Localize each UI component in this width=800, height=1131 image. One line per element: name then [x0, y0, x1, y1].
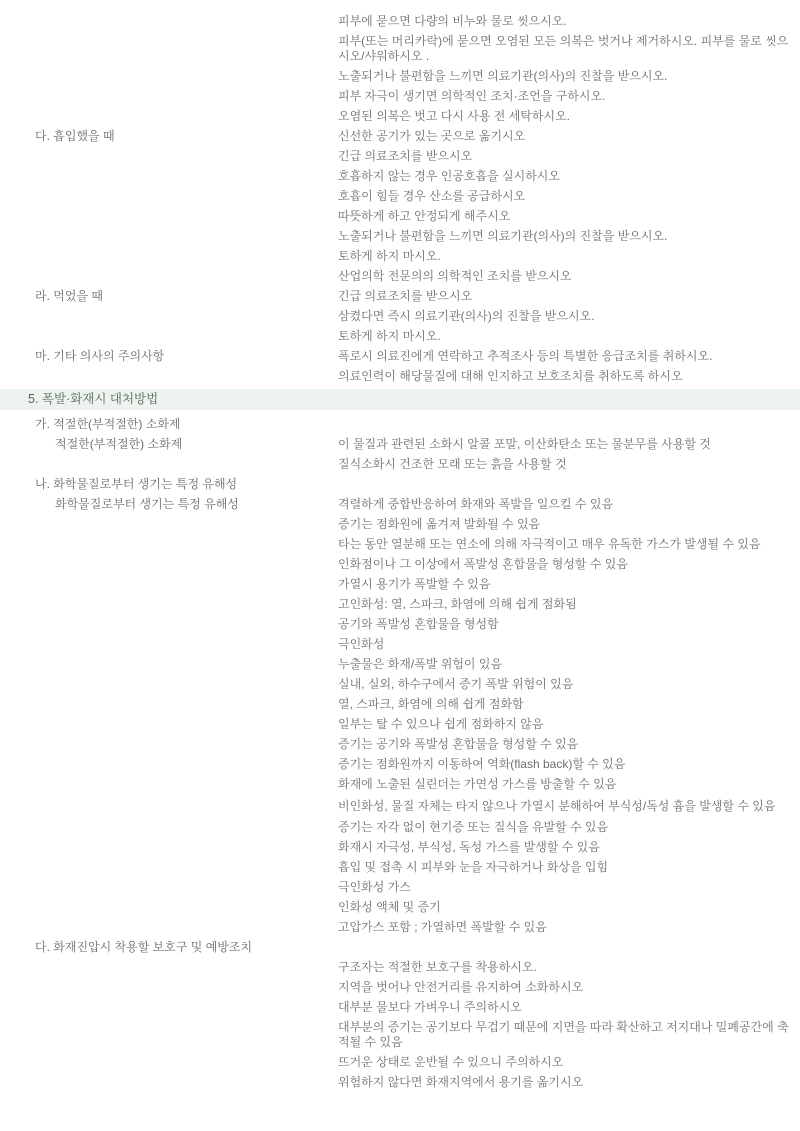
row-text: 오염된 의복은 벗고 다시 사용 전 세탁하시오. [338, 109, 793, 124]
row-text: 극인화성 가스 [338, 880, 793, 895]
row-text: 인화점이나 그 이상에서 폭발성 혼합물을 형성할 수 있음 [338, 557, 793, 572]
row-label: 가. 적절한(부적절한) 소화제 [0, 417, 181, 432]
row-text: 이 물질과 관련된 소화시 알콜 포말, 이산화탄소 또는 물분무를 사용할 것 [338, 437, 793, 452]
table-row: 고인화성: 열, 스파크, 화염에 의해 쉽게 점화됨 [0, 597, 800, 612]
row-text: 누출물은 화재/폭발 위험이 있음 [338, 657, 793, 672]
row-label-cell: 가. 적절한(부적절한) 소화제 [0, 417, 338, 432]
row-text: 따뜻하게 하고 안정되게 해주시오 [338, 209, 793, 224]
row-text: 가열시 용기가 폭발할 수 있음 [338, 577, 793, 592]
table-row: 오염된 의복은 벗고 다시 사용 전 세탁하시오. [0, 109, 800, 124]
table-row: 다. 흡입했을 때신선한 공기가 있는 곳으로 옮기시오 [0, 129, 800, 144]
table-row: 가. 적절한(부적절한) 소화제 [0, 417, 800, 432]
table-row: 공기와 폭발성 혼합물을 형성함 [0, 617, 800, 632]
row-text: 고인화성: 열, 스파크, 화염에 의해 쉽게 점화됨 [338, 597, 793, 612]
table-row: 다. 화재진압시 착용할 보호구 및 예방조치 [0, 940, 800, 955]
row-text: 긴급 의료조치를 받으시오 [338, 289, 793, 304]
table-row: 노출되거나 불편함을 느끼면 의료기관(의사)의 진찰을 받으시오. [0, 229, 800, 244]
row-label-cell: 마. 기타 의사의 주의사항 [0, 349, 338, 364]
row-text: 토하게 하지 마시오. [338, 249, 793, 264]
row-text: 피부에 묻으면 다량의 비누와 물로 씻으시오. [338, 14, 793, 29]
table-row: 타는 동안 열분해 또는 연소에 의해 자극적이고 매우 유독한 가스가 발생될… [0, 537, 800, 552]
table-row: 실내, 실외, 하수구에서 증기 폭발 위험이 있음 [0, 677, 800, 692]
table-row: 토하게 하지 마시오. [0, 249, 800, 264]
table-row: 피부 자극이 생기면 의학적인 조치·조언을 구하시오. [0, 89, 800, 104]
row-text: 타는 동안 열분해 또는 연소에 의해 자극적이고 매우 유독한 가스가 발생될… [338, 537, 793, 552]
table-row: 의료인력이 해당물질에 대해 인지하고 보호조치를 취하도록 하시오 [0, 369, 800, 384]
document-body: 피부에 묻으면 다량의 비누와 물로 씻으시오.피부(또는 머리카락)에 묻으면… [0, 0, 800, 1090]
table-row: 비인화성, 물질 자체는 타지 않으나 가열시 분해하여 부식성/독성 흄을 발… [0, 799, 800, 814]
row-text: 노출되거나 불편함을 느끼면 의료기관(의사)의 진찰을 받으시오. [338, 69, 793, 84]
table-row: 긴급 의료조치를 받으시오 [0, 149, 800, 164]
row-label: 다. 화재진압시 착용할 보호구 및 예방조치 [0, 940, 252, 955]
row-text: 노출되거나 불편함을 느끼면 의료기관(의사)의 진찰을 받으시오. [338, 229, 793, 244]
table-row: 극인화성 [0, 637, 800, 652]
row-text: 증기는 자각 없이 현기증 또는 질식을 유발할 수 있음 [338, 820, 793, 835]
row-text: 증기는 점화원에 옮겨져 발화될 수 있음 [338, 517, 793, 532]
row-text: 토하게 하지 마시오. [338, 329, 793, 344]
table-row: 증기는 자각 없이 현기증 또는 질식을 유발할 수 있음 [0, 820, 800, 835]
row-text: 일부는 탈 수 있으나 쉽게 점화하지 않음 [338, 717, 793, 732]
table-row: 마. 기타 의사의 주의사항폭로시 의료진에게 연락하고 추적조사 등의 특별한… [0, 349, 800, 364]
document-rows: 피부에 묻으면 다량의 비누와 물로 씻으시오.피부(또는 머리카락)에 묻으면… [0, 14, 800, 1090]
row-text: 격렬하게 중합반응하여 화재와 폭발을 일으킬 수 있음 [338, 497, 793, 512]
table-row: 고압가스 포함 ; 가열하면 폭발할 수 있음 [0, 920, 800, 935]
row-label-cell: 다. 흡입했을 때 [0, 129, 338, 144]
row-label: 마. 기타 의사의 주의사항 [0, 349, 164, 364]
table-row: 산업의학 전문의의 의학적인 조치를 받으시오 [0, 269, 800, 284]
table-row: 대부분의 증기는 공기보다 무겁기 때문에 지면을 따라 확산하고 저지대나 밀… [0, 1020, 800, 1050]
table-row: 뜨거운 상태로 운반될 수 있으니 주의하시오 [0, 1055, 800, 1070]
section-header: 5. 폭발·화재시 대처방법 [0, 389, 800, 410]
row-text: 공기와 폭발성 혼합물을 형성함 [338, 617, 793, 632]
table-row: 대부분 물보다 가벼우니 주의하시오 [0, 1000, 800, 1015]
row-text: 구조자는 적절한 보호구를 착용하시오. [338, 960, 793, 975]
row-label-cell: 적절한(부적절한) 소화제 [0, 437, 338, 452]
row-text: 비인화성, 물질 자체는 타지 않으나 가열시 분해하여 부식성/독성 흄을 발… [338, 799, 793, 814]
row-text: 피부 자극이 생기면 의학적인 조치·조언을 구하시오. [338, 89, 793, 104]
row-text: 위험하지 않다면 화재지역에서 용기를 옮기시오 [338, 1075, 793, 1090]
table-row: 흡입 및 접촉 시 피부와 눈을 자극하거나 화상을 입힘 [0, 860, 800, 875]
row-text: 증기는 점화원까지 이동하여 역화(flash back)할 수 있음 [338, 757, 793, 772]
row-text: 산업의학 전문의의 의학적인 조치를 받으시오 [338, 269, 793, 284]
row-label: 다. 흡입했을 때 [0, 129, 115, 144]
table-row: 피부(또는 머리카락)에 묻으면 오염된 모든 의복은 벗거나 제거하시오. 피… [0, 34, 800, 64]
row-text: 뜨거운 상태로 운반될 수 있으니 주의하시오 [338, 1055, 793, 1070]
row-label: 화학물질로부터 생기는 특정 유해성 [0, 497, 239, 512]
row-text: 화재에 노출된 실린더는 가연성 가스를 방출할 수 있음 [338, 777, 793, 792]
row-label-cell: 화학물질로부터 생기는 특정 유해성 [0, 497, 338, 512]
table-row: 가열시 용기가 폭발할 수 있음 [0, 577, 800, 592]
table-row: 증기는 공기와 폭발성 혼합물을 형성할 수 있음 [0, 737, 800, 752]
table-row: 열, 스파크, 화염에 의해 쉽게 점화함 [0, 697, 800, 712]
row-text: 질식소화시 건조한 모래 또는 흙을 사용할 것 [338, 457, 793, 472]
table-row: 라. 먹었을 때긴급 의료조치를 받으시오 [0, 289, 800, 304]
row-label: 적절한(부적절한) 소화제 [0, 437, 182, 452]
table-row: 인화점이나 그 이상에서 폭발성 혼합물을 형성할 수 있음 [0, 557, 800, 572]
table-row: 나. 화학물질로부터 생기는 특정 유해성 [0, 477, 800, 492]
row-text: 폭로시 의료진에게 연락하고 추적조사 등의 특별한 응급조치를 취하시오. [338, 349, 793, 364]
row-text: 극인화성 [338, 637, 793, 652]
table-row: 노출되거나 불편함을 느끼면 의료기관(의사)의 진찰을 받으시오. [0, 69, 800, 84]
row-label-cell: 나. 화학물질로부터 생기는 특정 유해성 [0, 477, 338, 492]
row-text: 호흡이 힘들 경우 산소를 공급하시오 [338, 189, 793, 204]
table-row: 적절한(부적절한) 소화제이 물질과 관련된 소화시 알콜 포말, 이산화탄소 … [0, 437, 800, 452]
table-row: 토하게 하지 마시오. [0, 329, 800, 344]
table-row: 지역을 벗어나 안전거리를 유지하여 소화하시오 [0, 980, 800, 995]
row-text: 고압가스 포함 ; 가열하면 폭발할 수 있음 [338, 920, 793, 935]
row-text: 삼켰다면 즉시 의료기관(의사)의 진찰을 받으시오. [338, 309, 793, 324]
table-row: 화재시 자극성, 부식성, 독성 가스를 발생할 수 있음 [0, 840, 800, 855]
table-row: 호흡하지 않는 경우 인공호흡을 실시하시오 [0, 169, 800, 184]
table-row: 삼켰다면 즉시 의료기관(의사)의 진찰을 받으시오. [0, 309, 800, 324]
table-row: 극인화성 가스 [0, 880, 800, 895]
table-row: 누출물은 화재/폭발 위험이 있음 [0, 657, 800, 672]
row-label: 라. 먹었을 때 [0, 289, 103, 304]
table-row: 일부는 탈 수 있으나 쉽게 점화하지 않음 [0, 717, 800, 732]
row-text: 대부분 물보다 가벼우니 주의하시오 [338, 1000, 793, 1015]
row-label: 나. 화학물질로부터 생기는 특정 유해성 [0, 477, 237, 492]
table-row: 증기는 점화원까지 이동하여 역화(flash back)할 수 있음 [0, 757, 800, 772]
row-label-cell: 라. 먹었을 때 [0, 289, 338, 304]
row-text: 증기는 공기와 폭발성 혼합물을 형성할 수 있음 [338, 737, 793, 752]
row-text: 신선한 공기가 있는 곳으로 옮기시오 [338, 129, 793, 144]
row-text: 실내, 실외, 하수구에서 증기 폭발 위험이 있음 [338, 677, 793, 692]
table-row: 화학물질로부터 생기는 특정 유해성격렬하게 중합반응하여 화재와 폭발을 일으… [0, 497, 800, 512]
row-text: 인화성 액체 및 증기 [338, 900, 793, 915]
row-text: 긴급 의료조치를 받으시오 [338, 149, 793, 164]
table-row: 질식소화시 건조한 모래 또는 흙을 사용할 것 [0, 457, 800, 472]
table-row: 피부에 묻으면 다량의 비누와 물로 씻으시오. [0, 14, 800, 29]
table-row: 구조자는 적절한 보호구를 착용하시오. [0, 960, 800, 975]
row-text: 화재시 자극성, 부식성, 독성 가스를 발생할 수 있음 [338, 840, 793, 855]
table-row: 따뜻하게 하고 안정되게 해주시오 [0, 209, 800, 224]
row-text: 흡입 및 접촉 시 피부와 눈을 자극하거나 화상을 입힘 [338, 860, 793, 875]
table-row: 위험하지 않다면 화재지역에서 용기를 옮기시오 [0, 1075, 800, 1090]
row-text: 호흡하지 않는 경우 인공호흡을 실시하시오 [338, 169, 793, 184]
row-text: 대부분의 증기는 공기보다 무겁기 때문에 지면을 따라 확산하고 저지대나 밀… [338, 1020, 793, 1050]
row-label-cell: 다. 화재진압시 착용할 보호구 및 예방조치 [0, 940, 338, 955]
table-row: 화재에 노출된 실린더는 가연성 가스를 방출할 수 있음 [0, 777, 800, 792]
table-row: 인화성 액체 및 증기 [0, 900, 800, 915]
row-text: 의료인력이 해당물질에 대해 인지하고 보호조치를 취하도록 하시오 [338, 369, 793, 384]
row-text: 열, 스파크, 화염에 의해 쉽게 점화함 [338, 697, 793, 712]
row-text: 지역을 벗어나 안전거리를 유지하여 소화하시오 [338, 980, 793, 995]
table-row: 호흡이 힘들 경우 산소를 공급하시오 [0, 189, 800, 204]
row-text: 피부(또는 머리카락)에 묻으면 오염된 모든 의복은 벗거나 제거하시오. 피… [338, 34, 793, 64]
table-row: 증기는 점화원에 옮겨져 발화될 수 있음 [0, 517, 800, 532]
